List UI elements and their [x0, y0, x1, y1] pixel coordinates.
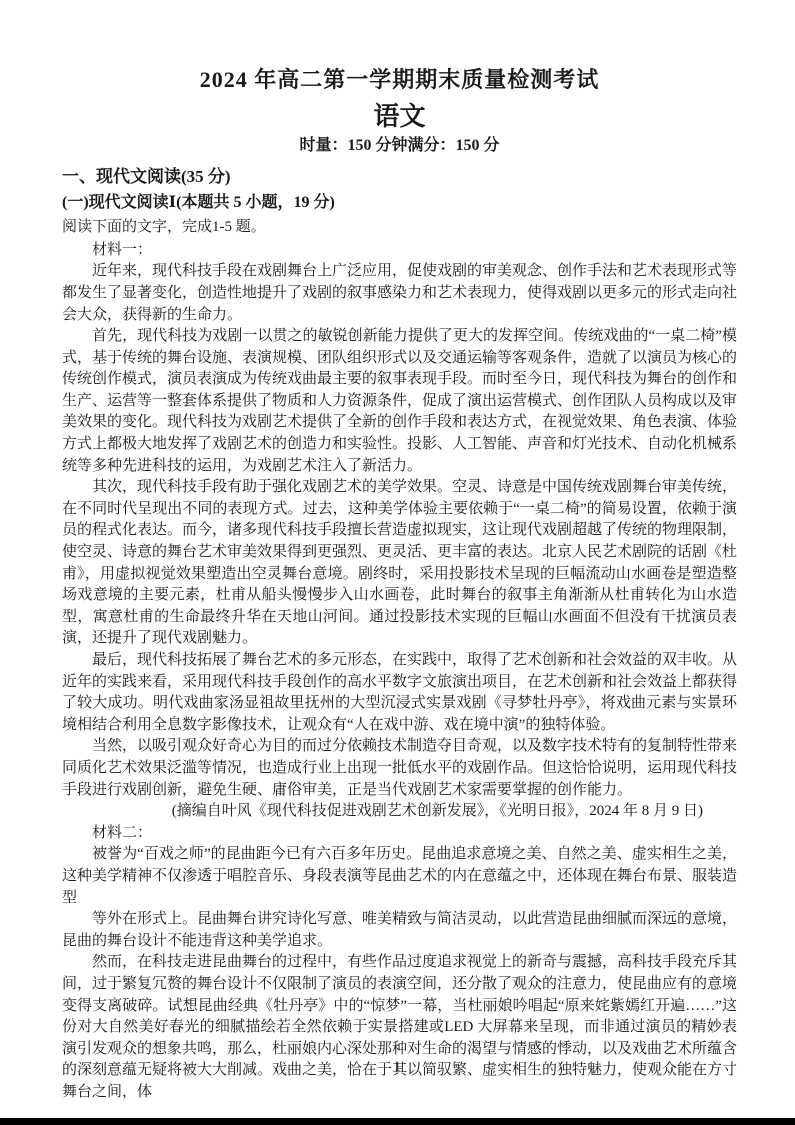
material2-label: 材料二： — [62, 823, 737, 845]
material1-paragraph-3: 其次，现代科技手段有助于强化戏剧艺术的美学效果。空灵、诗意是中国传统戏剧舞台审美… — [62, 477, 737, 650]
material1-paragraph-2: 首先，现代科技为戏剧一以贯之的敏锐创新能力提供了更大的发挥空间。传统戏曲的“一桌… — [62, 326, 737, 477]
passage-body: 材料一： 近年来，现代科技手段在戏剧舞台上广泛应用，促使戏剧的审美观念、创作手法… — [62, 240, 737, 1104]
material2-paragraph-3: 然而，在科技走进昆曲舞台的过程中，有些作品过度追求视觉上的新奇与震撼，高科技手段… — [62, 952, 737, 1103]
page-number: 1 — [0, 1060, 795, 1076]
reading-instruction: 阅读下面的文字，完成1-5 题。 — [62, 217, 737, 238]
material2-paragraph-2: 等外在形式上。昆曲舞台讲究诗化写意、唯美精致与简洁灵动，以此营造昆曲细腻而深远的… — [62, 909, 737, 952]
exam-paper-page: 2024 年高二第一学期期末质量检测考试 语文 时量：150 分钟满分：150 … — [0, 0, 795, 1125]
page-bottom-border — [0, 1118, 795, 1125]
page-content: 2024 年高二第一学期期末质量检测考试 语文 时量：150 分钟满分：150 … — [62, 0, 737, 1125]
material1-paragraph-4: 最后，现代科技拓展了舞台艺术的多元形态，在实践中，取得了艺术创新和社会效益的双丰… — [62, 650, 737, 736]
material2-paragraph-1: 被誉为“百戏之师”的昆曲距今已有六百多年历史。昆曲追求意境之美、自然之美、虚实相… — [62, 844, 737, 909]
section-heading: 一、现代文阅读(35 分) — [62, 166, 737, 189]
exam-title: 2024 年高二第一学期期末质量检测考试 — [62, 66, 737, 95]
subsection-heading: (一)现代文阅读Ⅰ(本题共 5 小题，19 分) — [62, 192, 737, 214]
material1-paragraph-1: 近年来，现代科技手段在戏剧舞台上广泛应用，促使戏剧的审美观念、创作手法和艺术表现… — [62, 261, 737, 326]
exam-duration-score: 时量：150 分钟满分：150 分 — [62, 136, 737, 157]
exam-subject: 语文 — [62, 100, 737, 134]
material1-paragraph-5: 当然，以吸引观众好奇心为目的而过分依赖技术制造夺目奇观，以及数字技术特有的复制特… — [62, 736, 737, 801]
material1-label: 材料一： — [62, 240, 737, 262]
material1-attribution: (摘编自叶风《现代科技促进戏剧艺术创新发展》，《光明日报》，2024 年 8 月… — [62, 801, 737, 823]
